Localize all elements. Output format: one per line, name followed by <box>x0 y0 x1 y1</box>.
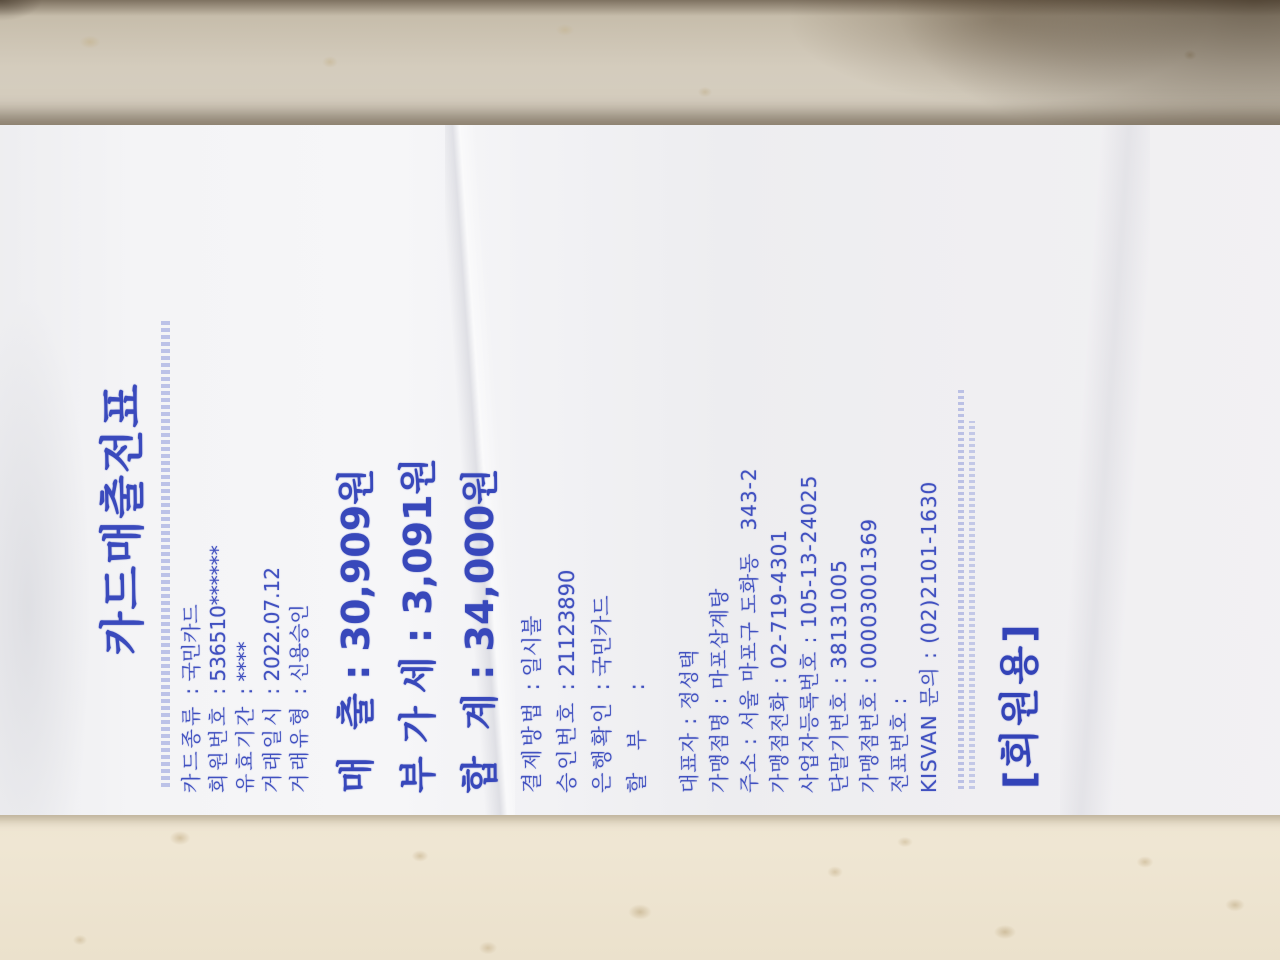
field-label: 전표번호 <box>887 712 911 793</box>
separator: : <box>917 644 941 666</box>
fine-print-band <box>958 389 975 789</box>
field-label: 은행확인 <box>585 697 620 793</box>
receipt-row: 회원번호 : 536510****** <box>205 151 232 793</box>
receipt-row: 카드종류 : 국민카드 <box>178 151 205 793</box>
separator: : <box>797 628 821 650</box>
receipt-row: 단말기번호 : 38131005 <box>824 151 854 793</box>
approval-section: 결제방법 : 일시불 승인번호 : 21123890 은행확인 : 국민카드 할… <box>515 151 655 793</box>
amounts-section: 매 출 : 30,909원 부 가 세 : 3,091원 합 계 : 34,00… <box>325 151 511 793</box>
amount-row: 부 가 세 : 3,091원 <box>387 151 449 793</box>
field-label: 가맹점번호 <box>857 691 881 793</box>
field-value: 서울 마포구 도화동 343-2 <box>737 467 761 729</box>
separator: : <box>458 651 502 693</box>
receipt-row: 결제방법 : 일시불 <box>515 151 550 793</box>
separator: : <box>857 669 881 691</box>
receipt-row: 사업자등록번호 : 105-13-24025 <box>794 151 824 793</box>
field-value: 21123890 <box>555 570 579 677</box>
amount-row: 합 계 : 34,000원 <box>449 151 511 793</box>
field-value: 00003001369 <box>857 518 881 669</box>
separator: : <box>707 689 731 711</box>
field-value: 105-13-24025 <box>797 475 821 629</box>
receipt-row: 은행확인 : 국민카드 <box>585 151 620 793</box>
amount-row: 매 출 : 30,909원 <box>325 151 387 793</box>
field-value: **** <box>233 642 257 682</box>
receipt-row: 유효기간 : **** <box>232 151 259 793</box>
field-value: 신용승인 <box>287 604 311 681</box>
separator: : <box>767 669 791 691</box>
separator: : <box>396 615 440 657</box>
separator: : <box>179 682 203 701</box>
field-label: 할 부 <box>620 697 655 793</box>
amount-value: 34,000원 <box>458 468 502 651</box>
separator: : <box>233 682 257 701</box>
field-value: 02-719-4301 <box>767 529 791 669</box>
field-label: 부 가 세 <box>396 656 440 793</box>
separator: : <box>555 677 579 697</box>
field-label: 대표자 <box>677 732 701 793</box>
merchant-section: 대표자 : 정성택 가맹점명 : 마포삼계탕 주소 : 서울 마포구 도화동 3… <box>674 151 944 793</box>
amount-value: 30,909원 <box>334 468 378 651</box>
fine-print-band <box>161 319 170 787</box>
separator: : <box>827 669 851 691</box>
separator: : <box>737 730 761 752</box>
field-label: 단말기번호 <box>827 691 851 793</box>
card-info-section: 카드종류 : 국민카드 회원번호 : 536510****** 유효기간 : *… <box>178 151 313 793</box>
receipt-row: 가맹점명 : 마포삼계탕 <box>704 151 734 793</box>
field-label: 거래일시 <box>259 701 286 793</box>
field-value: 38131005 <box>827 559 851 669</box>
field-label: 가맹점전화 <box>767 691 791 793</box>
receipt-row: 거래유형 : 신용승인 <box>286 151 313 793</box>
field-label: 사업자등록번호 <box>797 651 821 793</box>
separator: : <box>520 677 544 697</box>
receipt-content: 카드매출전표 카드종류 : 국민카드 회원번호 : 536510****** 유… <box>0 125 1280 815</box>
separator: : <box>206 682 230 701</box>
receipt-copy-label: [회원용] <box>988 151 1045 789</box>
countertop-photo-background: 카드매출전표 카드종류 : 국민카드 회원번호 : 536510****** 유… <box>0 0 1280 960</box>
field-value: 국민카드 <box>590 595 614 676</box>
separator: : <box>625 677 649 697</box>
field-value: 일시불 <box>520 616 544 677</box>
separator: : <box>677 710 701 732</box>
receipt-row: 대표자 : 정성택 <box>674 151 704 793</box>
field-value: 마포삼계탕 <box>707 588 731 690</box>
separator: : <box>334 651 378 693</box>
separator: : <box>590 677 614 697</box>
field-label: 카드종류 <box>178 701 205 793</box>
separator: : <box>287 682 311 701</box>
separator: : <box>887 689 911 711</box>
separator: : <box>260 682 284 701</box>
field-value: (02)2101-1630 <box>917 481 941 644</box>
field-label: 승인번호 <box>550 697 585 793</box>
receipt-title: 카드매출전표 <box>86 151 151 655</box>
field-label: 결제방법 <box>515 697 550 793</box>
field-value: 국민카드 <box>179 604 203 681</box>
receipt-row: KISVAN 문의 : (02)2101-1630 <box>914 151 944 793</box>
receipt-row: 할 부 : <box>620 151 655 793</box>
field-label: 합 계 <box>458 693 502 793</box>
receipt-row: 가맹점전화 : 02-719-4301 <box>764 151 794 793</box>
field-label: 주소 <box>737 752 761 793</box>
field-value: 정성택 <box>677 649 701 710</box>
receipt-row: 거래일시 : 2022.07.12 <box>259 151 286 793</box>
field-value: 2022.07.12 <box>260 567 284 682</box>
receipt-paper: 카드매출전표 카드종류 : 국민카드 회원번호 : 536510****** 유… <box>0 125 1280 815</box>
receipt-row: 가맹점번호 : 00003001369 <box>854 151 884 793</box>
field-label: 가맹점명 <box>707 712 731 793</box>
field-label: 유효기간 <box>232 701 259 793</box>
field-label: 매 출 <box>334 693 378 793</box>
field-value: 536510****** <box>206 545 230 681</box>
receipt-row: 주소 : 서울 마포구 도화동 343-2 <box>734 151 764 793</box>
amount-value: 3,091원 <box>396 458 440 615</box>
receipt-row: 전표번호 : <box>884 151 914 793</box>
receipt-row: 승인번호 : 21123890 <box>550 151 585 793</box>
field-label: KISVAN 문의 <box>917 666 941 793</box>
field-label: 거래유형 <box>286 701 313 793</box>
field-label: 회원번호 <box>205 701 232 793</box>
